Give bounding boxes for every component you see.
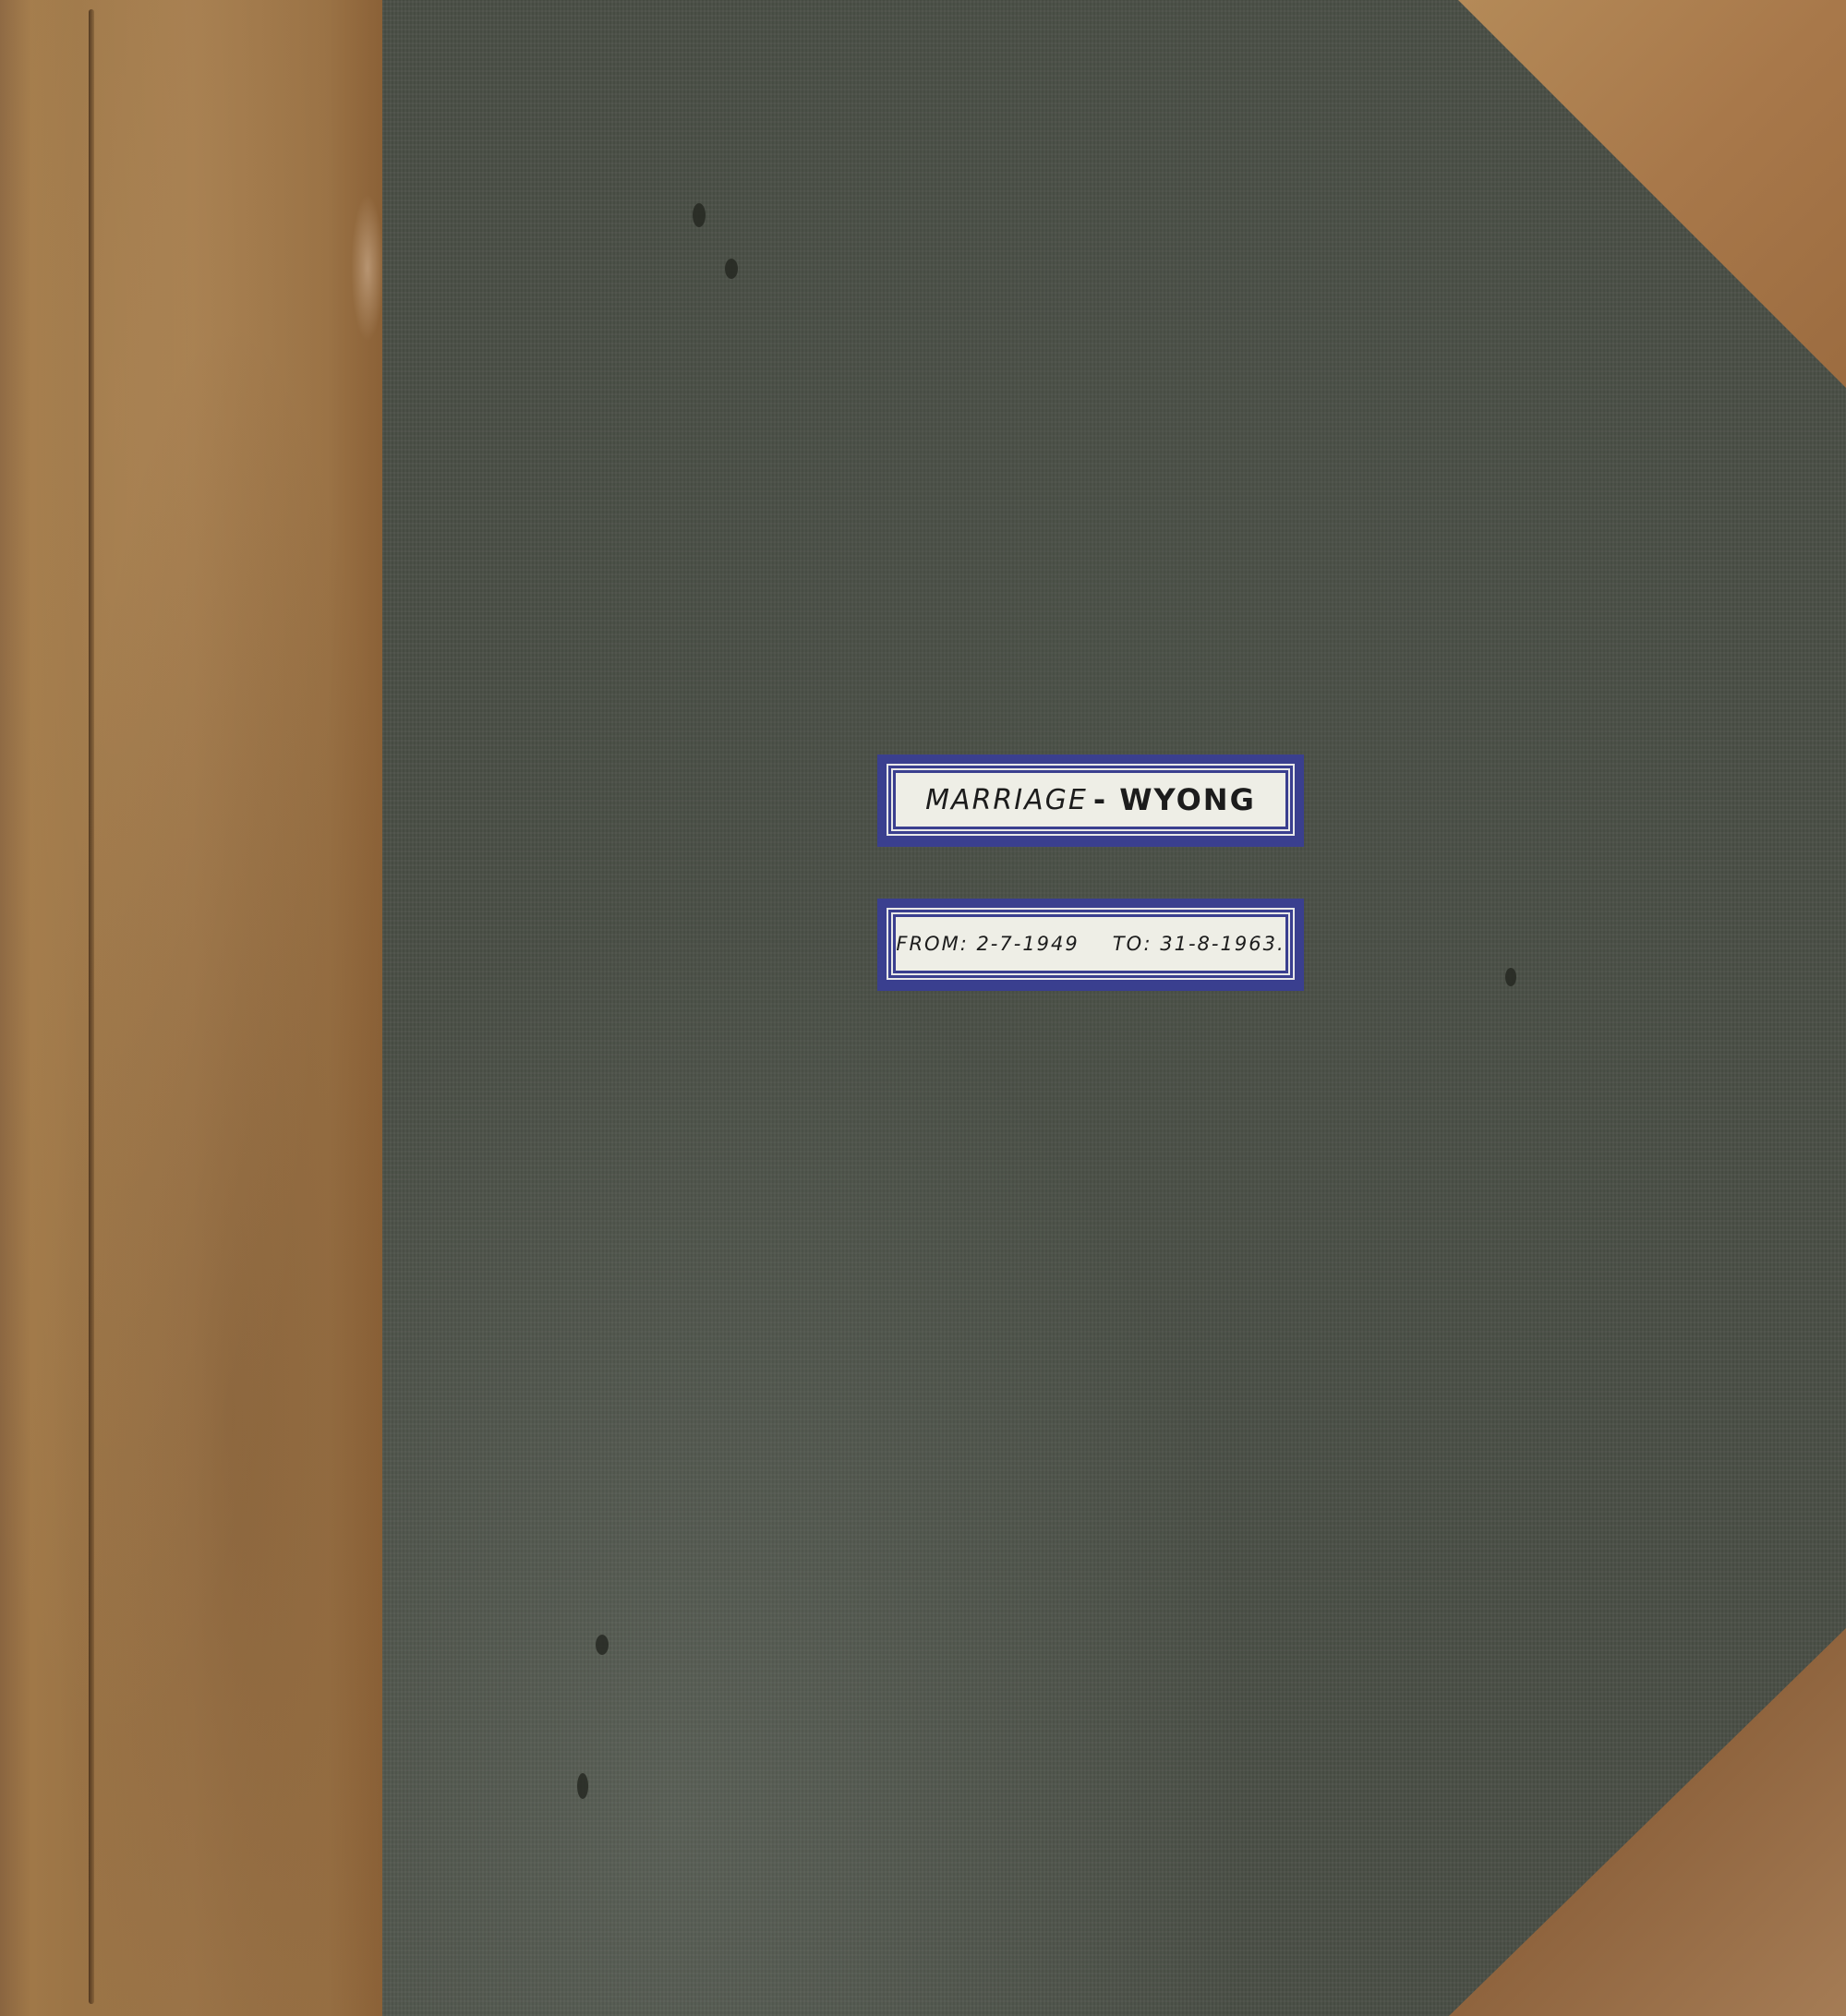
title-label: MARRIAGE - WYONG bbox=[877, 754, 1304, 847]
date-range-label: FROM: 2-7-1949 TO: 31-8-1963. bbox=[877, 899, 1304, 991]
leather-spine bbox=[0, 0, 386, 2016]
ink-mark bbox=[725, 259, 738, 279]
label-frame: MARRIAGE - WYONG bbox=[887, 764, 1295, 836]
book-cover: MARRIAGE - WYONG FROM: 2-7-1949 TO: 31-8… bbox=[0, 0, 1846, 2016]
title-location: - WYONG bbox=[1093, 782, 1256, 817]
ink-mark bbox=[577, 1773, 588, 1799]
date-from: FROM: 2-7-1949 bbox=[896, 933, 1079, 955]
cloth-cover-board bbox=[382, 0, 1846, 2016]
ink-mark bbox=[693, 203, 706, 227]
label-face: FROM: 2-7-1949 TO: 31-8-1963. bbox=[891, 912, 1290, 975]
date-to: TO: 31-8-1963. bbox=[1113, 933, 1285, 955]
spine-wear-mark bbox=[351, 194, 384, 342]
label-frame: FROM: 2-7-1949 TO: 31-8-1963. bbox=[887, 908, 1295, 980]
title-text: MARRIAGE bbox=[925, 784, 1088, 816]
spine-groove bbox=[89, 9, 94, 2004]
ink-mark bbox=[1505, 968, 1516, 986]
label-face: MARRIAGE - WYONG bbox=[891, 768, 1290, 831]
ink-mark bbox=[596, 1635, 609, 1655]
